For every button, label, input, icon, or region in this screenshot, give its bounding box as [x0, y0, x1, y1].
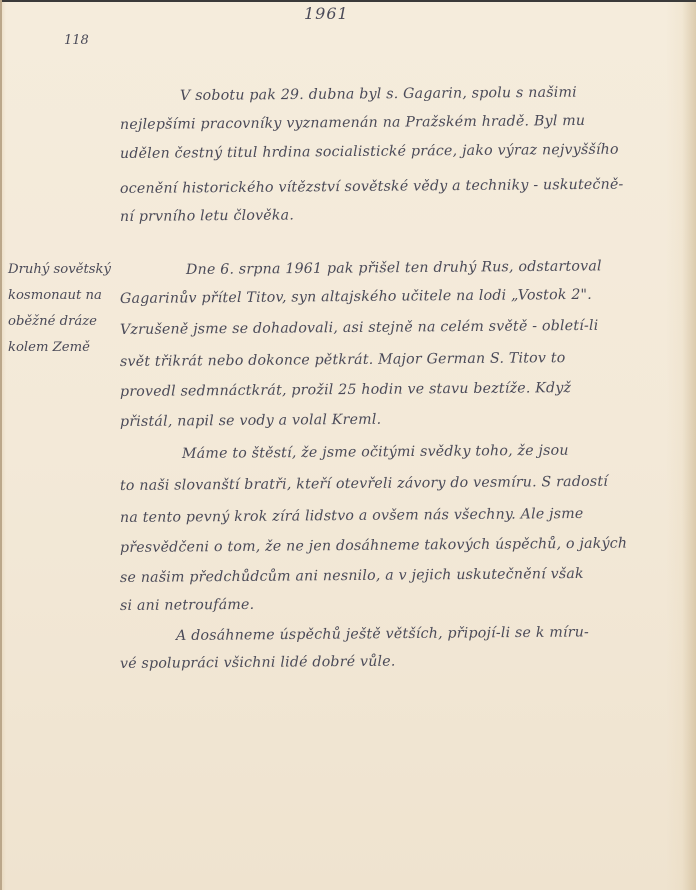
text-line: svět třikrát nebo dokonce pětkrát. Major…	[120, 350, 566, 370]
text-line: Gagarinův přítel Titov, syn altajského u…	[120, 287, 592, 307]
margin-note-line: Druhý sovětský	[8, 262, 111, 277]
text-line: ní prvního letu člověka.	[120, 207, 294, 225]
text-line: to naši slovanští bratři, kteří otevřeli…	[120, 474, 608, 494]
left-page-edge	[0, 0, 2, 890]
text-line: přistál, napil se vody a volal Kreml.	[120, 412, 381, 430]
text-line: nejlepšími pracovníky vyznamenán na Praž…	[120, 113, 585, 133]
text-line: vé spolupráci všichni lidé dobré vůle.	[120, 654, 396, 672]
top-border	[0, 0, 696, 2]
text-line: si ani netroufáme.	[120, 597, 254, 614]
text-line: Máme to štěstí, že jsme očitými svědky t…	[182, 443, 569, 462]
text-line: se našim předchůdcům ani nesnilo, a v je…	[120, 566, 584, 586]
text-line: na tento pevný krok zírá lidstvo a ovšem…	[120, 506, 584, 526]
year-heading: 1961	[304, 4, 349, 23]
text-line: přesvědčeni o tom, že ne jen dosáhneme t…	[120, 536, 627, 556]
text-line: ocenění historického vítězství sovětské …	[120, 177, 624, 197]
text-line: A dosáhneme úspěchů ještě větších, připo…	[176, 624, 589, 644]
text-line: Vzrušeně jsme se dohadovali, asi stejně …	[120, 318, 599, 338]
text-line: V sobotu pak 29. dubna byl s. Gagarin, s…	[180, 85, 577, 104]
text-line: provedl sedmnáctkrát, prožil 25 hodin ve…	[120, 380, 571, 400]
margin-note-line: kolem Země	[8, 340, 90, 355]
text-line: Dne 6. srpna 1961 pak přišel ten druhý R…	[186, 258, 602, 278]
handwritten-chronicle-page: 1961 118 Druhý sovětský kosmonaut na obě…	[0, 0, 696, 890]
text-line: udělen čestný titul hrdina socialistické…	[120, 142, 619, 162]
margin-note-line: kosmonaut na	[8, 288, 102, 303]
page-number: 118	[64, 33, 89, 48]
margin-note-line: oběžné dráze	[8, 314, 97, 329]
